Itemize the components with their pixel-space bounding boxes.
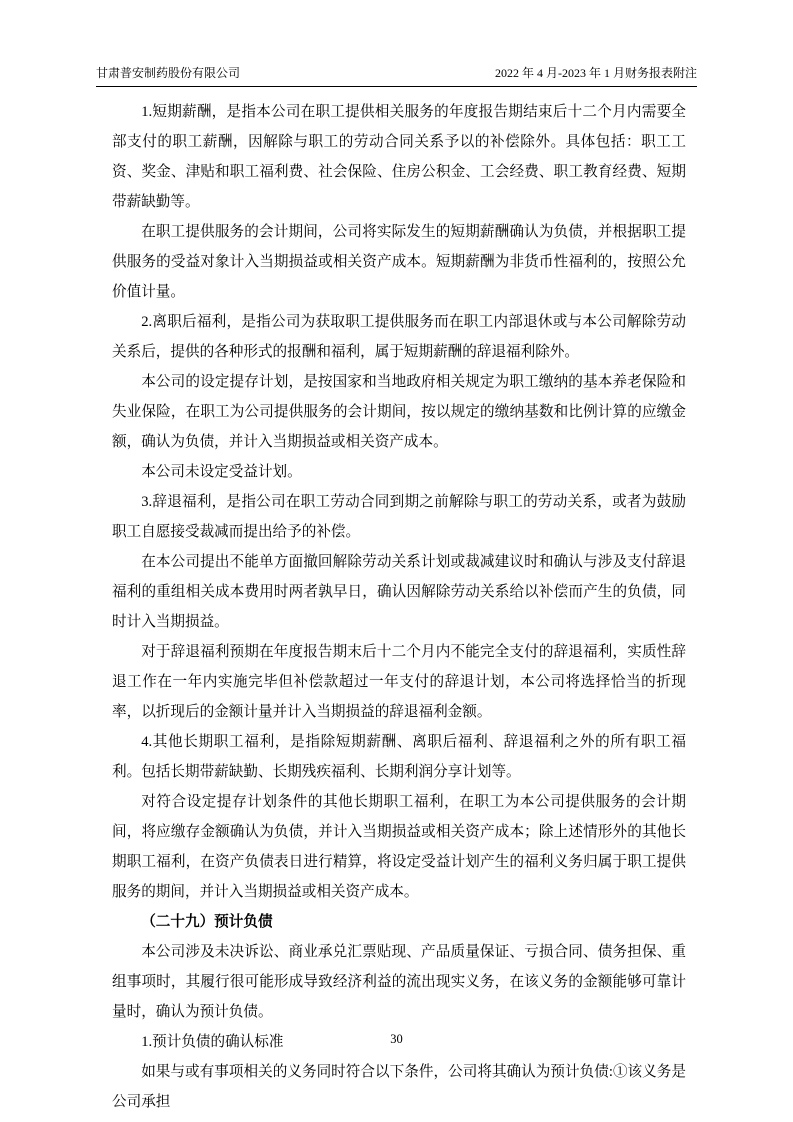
paragraph: 本公司未设定受益计划。 bbox=[112, 457, 686, 487]
header-report-title: 2022 年 4 月-2023 年 1 月财务报表附注 bbox=[495, 64, 697, 82]
document-body: 1.短期薪酬，是指本公司在职工提供相关服务的年度报告期结束后十二个月内需要全部支… bbox=[112, 97, 686, 1117]
paragraph: 1.短期薪酬，是指本公司在职工提供相关服务的年度报告期结束后十二个月内需要全部支… bbox=[112, 97, 686, 217]
paragraph: 对符合设定提存计划条件的其他长期职工福利，在职工为本公司提供服务的会计期间，将应… bbox=[112, 787, 686, 907]
paragraph: 对于辞退福利预期在年度报告期末后十二个月内不能完全支付的辞退福利，实质性辞退工作… bbox=[112, 637, 686, 727]
page-number: 30 bbox=[390, 1032, 403, 1046]
page-footer: 30 bbox=[0, 1030, 793, 1048]
paragraph: 本公司的设定提存计划，是按国家和当地政府相关规定为职工缴纳的基本养老保险和失业保… bbox=[112, 367, 686, 457]
paragraph: 本公司涉及未决诉讼、商业承兑汇票贴现、产品质量保证、亏损合同、债务担保、重组事项… bbox=[112, 937, 686, 1027]
paragraph: 如果与或有事项相关的义务同时符合以下条件，公司将其确认为预计负债:①该义务是公司… bbox=[112, 1057, 686, 1117]
section-heading: （二十九）预计负债 bbox=[112, 907, 686, 937]
paragraph: 2.离职后福利，是指公司为获取职工提供服务而在职工内部退休或与本公司解除劳动关系… bbox=[112, 307, 686, 367]
paragraph: 在本公司提出不能单方面撤回解除劳动关系计划或裁减建议时和确认与涉及支付辞退福利的… bbox=[112, 547, 686, 637]
paragraph: 4.其他长期职工福利，是指除短期薪酬、离职后福利、辞退福利之外的所有职工福利。包… bbox=[112, 727, 686, 787]
header-company-name: 甘肃普安制药股份有限公司 bbox=[96, 64, 240, 82]
document-page: 甘肃普安制药股份有限公司 2022 年 4 月-2023 年 1 月财务报表附注… bbox=[0, 0, 793, 1122]
paragraph: 在职工提供服务的会计期间，公司将实际发生的短期薪酬确认为负债，并根据职工提供服务… bbox=[112, 217, 686, 307]
paragraph: 3.辞退福利，是指公司在职工劳动合同到期之前解除与职工的劳动关系，或者为鼓励职工… bbox=[112, 487, 686, 547]
page-header: 甘肃普安制药股份有限公司 2022 年 4 月-2023 年 1 月财务报表附注 bbox=[96, 64, 697, 87]
